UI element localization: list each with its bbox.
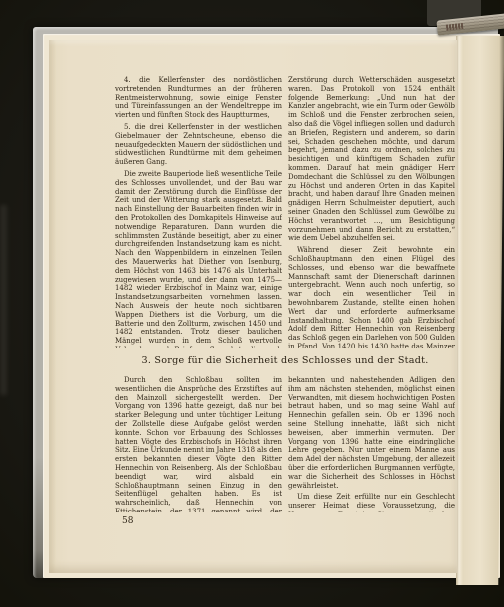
background-smudge bbox=[0, 205, 7, 395]
lower-right-column: bekannten und nahestehenden Adligen den … bbox=[288, 376, 455, 512]
upper-left-column: 4. die Kellerfenster des nordöstlichen v… bbox=[115, 76, 282, 348]
lower-left-column: Durch den Schloßbau sollten im wesentlic… bbox=[115, 376, 282, 512]
section-lower-text: Durch den Schloßbau sollten im wesentlic… bbox=[115, 376, 455, 512]
next-page-edge bbox=[456, 36, 504, 585]
upper-right-column: Zerstörung durch Wetterschäden ausgesetz… bbox=[288, 76, 455, 348]
paragraph-protokoll-1524: Zerstörung durch Wetterschäden ausgesetz… bbox=[288, 76, 455, 243]
list-item-4: 4. die Kellerfenster des nordöstlichen v… bbox=[115, 76, 282, 120]
list-item-5: 5. die drei Kellerfenster in der westlic… bbox=[115, 123, 282, 167]
paragraph-bauperiode: Die zweite Bauperiode ließ wesentliche T… bbox=[115, 170, 282, 348]
book-page: 4. die Kellerfenster des nordöstlichen v… bbox=[49, 40, 457, 573]
page-text-block: 4. die Kellerfenster des nordöstlichen v… bbox=[115, 76, 455, 512]
page-number: 58 bbox=[122, 516, 133, 526]
section-upper-text: 4. die Kellerfenster des nordöstlichen v… bbox=[115, 76, 455, 348]
paragraph-eppstein: Um diese Zeit erfüllte nur ein Geschlech… bbox=[288, 493, 455, 512]
paragraph-schlosshauptmann: Während dieser Zeit bewohnte ein Schloßh… bbox=[288, 246, 455, 348]
section-heading: 3. Sorge für die Sicherheit des Schlosse… bbox=[115, 355, 455, 368]
paragraph-schlossbau: Durch den Schloßbau sollten im wesentlic… bbox=[115, 376, 282, 512]
paragraph-adlige: bekannten und nahestehenden Adligen den … bbox=[288, 376, 455, 490]
book-photo: 4. die Kellerfenster des nordöstlichen v… bbox=[0, 0, 504, 607]
